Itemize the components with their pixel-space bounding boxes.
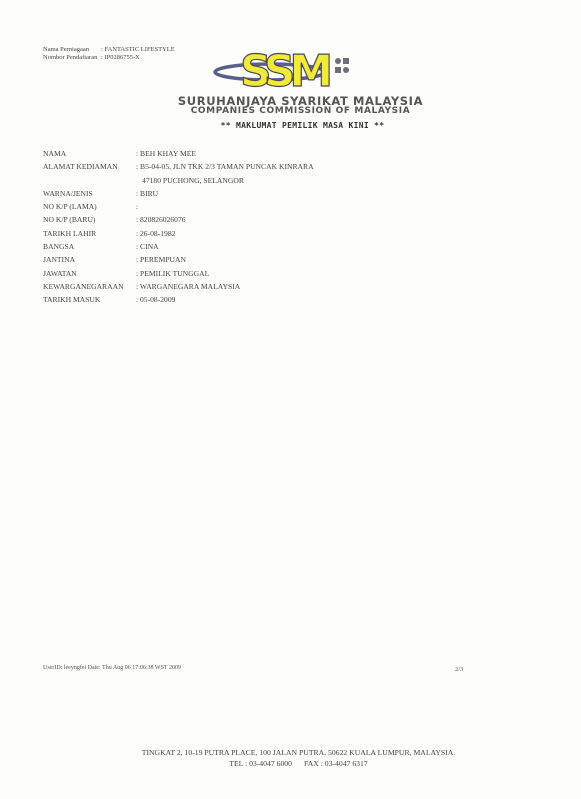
field-row: NO K/P (BARU) : 820826026076 (43, 213, 314, 226)
field-value: : PEMILIK TUNGGAL (136, 267, 209, 280)
registration-value: : IP0286755-X (101, 54, 140, 62)
field-row: BANGSA : CINA (43, 240, 314, 253)
field-value: : B5-04-05, JLN TKK 2/3 TAMAN PUNCAK KIN… (136, 160, 314, 173)
field-value: : PEREMPUAN (136, 253, 186, 266)
field-label: TARIKH MASUK (43, 293, 136, 306)
field-row: JAWATAN : PEMILIK TUNGGAL (43, 267, 314, 280)
organization-name-en: COMPANIES COMMISSION OF MALAYSIA (0, 106, 581, 116)
field-row: WARNA/JENIS : BIRU (43, 187, 314, 200)
registration-label: Nombor Pendaftaran (43, 54, 101, 62)
user-id-date: UserID: leeyngfei Date: Thu Aug 06 17:06… (43, 665, 181, 671)
field-value: : CINA (136, 240, 159, 253)
field-label: NO K/P (LAMA) (43, 200, 136, 213)
field-row: TARIKH LAHIR : 26-08-1982 (43, 227, 314, 240)
document-heading: ** MAKLUMAT PEMILIK MASA KINI ** (0, 121, 581, 130)
footer-fax: FAX : 03-4047 6317 (304, 759, 368, 768)
field-row: ALAMAT KEDIAMAN : B5-04-05, JLN TKK 2/3 … (43, 160, 314, 173)
field-value: : BEH KHAY MEE (136, 147, 196, 160)
field-label: NAMA (43, 147, 136, 160)
field-label: KEWARGANEGARAAN (43, 280, 136, 293)
field-value: : BIRU (136, 187, 158, 200)
field-value: : 26-08-1982 (136, 227, 175, 240)
field-label: ALAMAT KEDIAMAN (43, 160, 136, 173)
field-row: KEWARGANEGARAAN : WARGANEGARA MALAYSIA (43, 280, 314, 293)
field-row: NAMA : BEH KHAY MEE (43, 147, 314, 160)
field-row: 47180 PUCHONG, SELANGOR (43, 174, 314, 187)
logo-text: SSM (240, 46, 329, 94)
field-label: JANTINA (43, 253, 136, 266)
field-label: JAWATAN (43, 267, 136, 280)
field-label: TARIKH LAHIR (43, 227, 136, 240)
owner-details: NAMA : BEH KHAY MEE ALAMAT KEDIAMAN : B5… (43, 147, 314, 307)
page-number: 2/3 (455, 666, 463, 673)
field-row: TARIKH MASUK : 05-08-2009 (43, 293, 314, 306)
field-value: : 820826026076 (136, 213, 186, 226)
footer-address: TINGKAT 2, 10-19 PUTRA PLACE, 100 JALAN … (0, 748, 581, 757)
field-value: 47180 PUCHONG, SELANGOR (136, 174, 244, 187)
footer-contact: TEL : 03-4047 6000FAX : 03-4047 6317 (0, 759, 581, 768)
field-label: NO K/P (BARU) (43, 213, 136, 226)
ssm-logo-icon: SSM (212, 42, 362, 94)
field-row: JANTINA : PEREMPUAN (43, 253, 314, 266)
field-label: WARNA/JENIS (43, 187, 136, 200)
business-info: Nama Perniagaan : FANTASTIC LIFESTYLE No… (43, 46, 175, 62)
field-label (43, 174, 136, 187)
footer-tel: TEL : 03-4047 6000 (229, 759, 292, 768)
field-row: NO K/P (LAMA) : (43, 200, 314, 213)
field-value: : (136, 200, 138, 213)
field-value: : WARGANEGARA MALAYSIA (136, 280, 240, 293)
field-value: : 05-08-2009 (136, 293, 175, 306)
field-label: BANGSA (43, 240, 136, 253)
business-name-value: : FANTASTIC LIFESTYLE (101, 46, 175, 54)
document-page: Nama Perniagaan : FANTASTIC LIFESTYLE No… (0, 0, 581, 799)
business-name-label: Nama Perniagaan (43, 46, 101, 54)
